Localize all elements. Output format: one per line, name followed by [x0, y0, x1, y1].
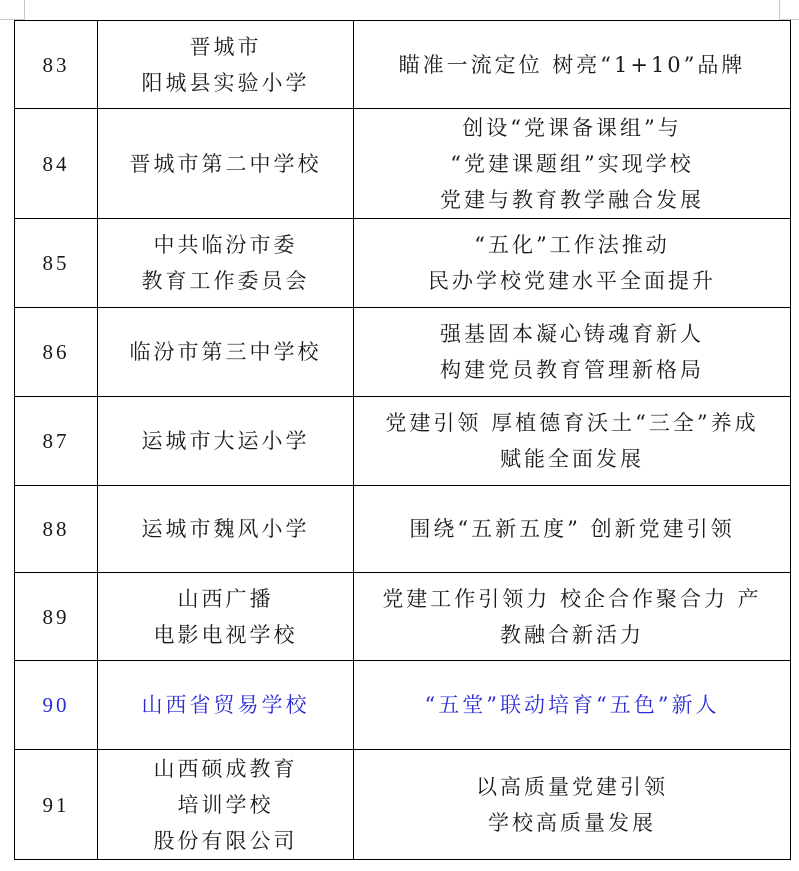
case-title-line: 创设“党课备课组”与 — [360, 110, 784, 146]
unit-name-cell: 临汾市第三中学校 — [98, 308, 354, 397]
unit-name-line: 中共临汾市委 — [104, 227, 347, 263]
case-title-line: “五化”工作法推动 — [360, 227, 784, 263]
case-title-line: 围绕“五新五度” 创新党建引领 — [360, 511, 784, 547]
unit-name-line: 运城市魏风小学 — [104, 511, 347, 547]
unit-name-cell: 中共临汾市委教育工作委员会 — [98, 219, 354, 308]
unit-name-line: 股份有限公司 — [104, 823, 347, 859]
row-number-cell: 88 — [15, 486, 98, 573]
crop-mark-top-left — [0, 0, 25, 20]
unit-name-line: 山西硕成教育 — [104, 751, 347, 787]
case-title-line: 以高质量党建引领 — [360, 769, 784, 805]
case-title-line: 强基固本凝心铸魂育新人 — [360, 316, 784, 352]
unit-name-line: 培训学校 — [104, 787, 347, 823]
unit-name-cell: 晋城市第二中学校 — [98, 109, 354, 219]
case-title-cell: 围绕“五新五度” 创新党建引领 — [354, 486, 791, 573]
row-number-cell: 90 — [15, 661, 98, 750]
table-row: 91 山西硕成教育培训学校股份有限公司 以高质量党建引领学校高质量发展 — [15, 750, 791, 860]
unit-name-cell: 山西广播电影电视学校 — [98, 573, 354, 661]
case-title-line: 党建工作引领力 校企合作聚合力 产 — [360, 581, 784, 617]
unit-name-line: 教育工作委员会 — [104, 263, 347, 299]
unit-name-cell: 山西省贸易学校 — [98, 661, 354, 750]
row-number-cell: 84 — [15, 109, 98, 219]
table-body: 83 晋城市阳城县实验小学 瞄准一流定位 树亮“1+10”品牌 84 晋城市第二… — [15, 21, 791, 860]
case-title-line: “五堂”联动培育“五色”新人 — [360, 687, 784, 723]
row-number-cell: 91 — [15, 750, 98, 860]
case-title-line: 教融合新活力 — [360, 617, 784, 653]
unit-name-line: 山西省贸易学校 — [104, 687, 347, 723]
unit-name-line: 阳城县实验小学 — [104, 65, 347, 101]
case-title-line: 民办学校党建水平全面提升 — [360, 263, 784, 299]
award-table: 83 晋城市阳城县实验小学 瞄准一流定位 树亮“1+10”品牌 84 晋城市第二… — [14, 20, 791, 860]
case-title-line: 构建党员教育管理新格局 — [360, 352, 784, 388]
case-title-cell: “五化”工作法推动民办学校党建水平全面提升 — [354, 219, 791, 308]
unit-name-line: 运城市大运小学 — [104, 423, 347, 459]
unit-name-line: 临汾市第三中学校 — [104, 334, 347, 370]
table-row: 83 晋城市阳城县实验小学 瞄准一流定位 树亮“1+10”品牌 — [15, 21, 791, 109]
table-row: 85 中共临汾市委教育工作委员会 “五化”工作法推动民办学校党建水平全面提升 — [15, 219, 791, 308]
case-title-line: 瞄准一流定位 树亮“1+10”品牌 — [360, 47, 784, 83]
case-title-cell: 强基固本凝心铸魂育新人构建党员教育管理新格局 — [354, 308, 791, 397]
case-title-cell: 创设“党课备课组”与“党建课题组”实现学校党建与教育教学融合发展 — [354, 109, 791, 219]
unit-name-cell: 运城市魏风小学 — [98, 486, 354, 573]
unit-name-line: 山西广播 — [104, 581, 347, 617]
table-row: 84 晋城市第二中学校 创设“党课备课组”与“党建课题组”实现学校党建与教育教学… — [15, 109, 791, 219]
case-title-cell: 党建引领 厚植德育沃土“三全”养成赋能全面发展 — [354, 397, 791, 486]
row-number-cell: 86 — [15, 308, 98, 397]
case-title-line: 党建引领 厚植德育沃土“三全”养成 — [360, 405, 784, 441]
case-title-line: “党建课题组”实现学校 — [360, 146, 784, 182]
case-title-line: 赋能全面发展 — [360, 441, 784, 477]
row-number-cell: 85 — [15, 219, 98, 308]
unit-name-line: 晋城市第二中学校 — [104, 146, 347, 182]
unit-name-line: 晋城市 — [104, 29, 347, 65]
table-row: 86 临汾市第三中学校 强基固本凝心铸魂育新人构建党员教育管理新格局 — [15, 308, 791, 397]
unit-name-line: 电影电视学校 — [104, 617, 347, 653]
case-title-cell: 以高质量党建引领学校高质量发展 — [354, 750, 791, 860]
row-number-cell: 83 — [15, 21, 98, 109]
case-title-cell: 瞄准一流定位 树亮“1+10”品牌 — [354, 21, 791, 109]
table-row: 88 运城市魏风小学 围绕“五新五度” 创新党建引领 — [15, 486, 791, 573]
unit-name-cell: 山西硕成教育培训学校股份有限公司 — [98, 750, 354, 860]
table-row-highlighted: 90 山西省贸易学校 “五堂”联动培育“五色”新人 — [15, 661, 791, 750]
row-number-cell: 87 — [15, 397, 98, 486]
row-number-cell: 89 — [15, 573, 98, 661]
crop-mark-top-right — [779, 0, 799, 20]
table-row: 89 山西广播电影电视学校 党建工作引领力 校企合作聚合力 产教融合新活力 — [15, 573, 791, 661]
case-title-cell: 党建工作引领力 校企合作聚合力 产教融合新活力 — [354, 573, 791, 661]
table-row: 87 运城市大运小学 党建引领 厚植德育沃土“三全”养成赋能全面发展 — [15, 397, 791, 486]
case-title-cell: “五堂”联动培育“五色”新人 — [354, 661, 791, 750]
case-title-line: 党建与教育教学融合发展 — [360, 182, 784, 218]
unit-name-cell: 晋城市阳城县实验小学 — [98, 21, 354, 109]
case-title-line: 学校高质量发展 — [360, 805, 784, 841]
unit-name-cell: 运城市大运小学 — [98, 397, 354, 486]
